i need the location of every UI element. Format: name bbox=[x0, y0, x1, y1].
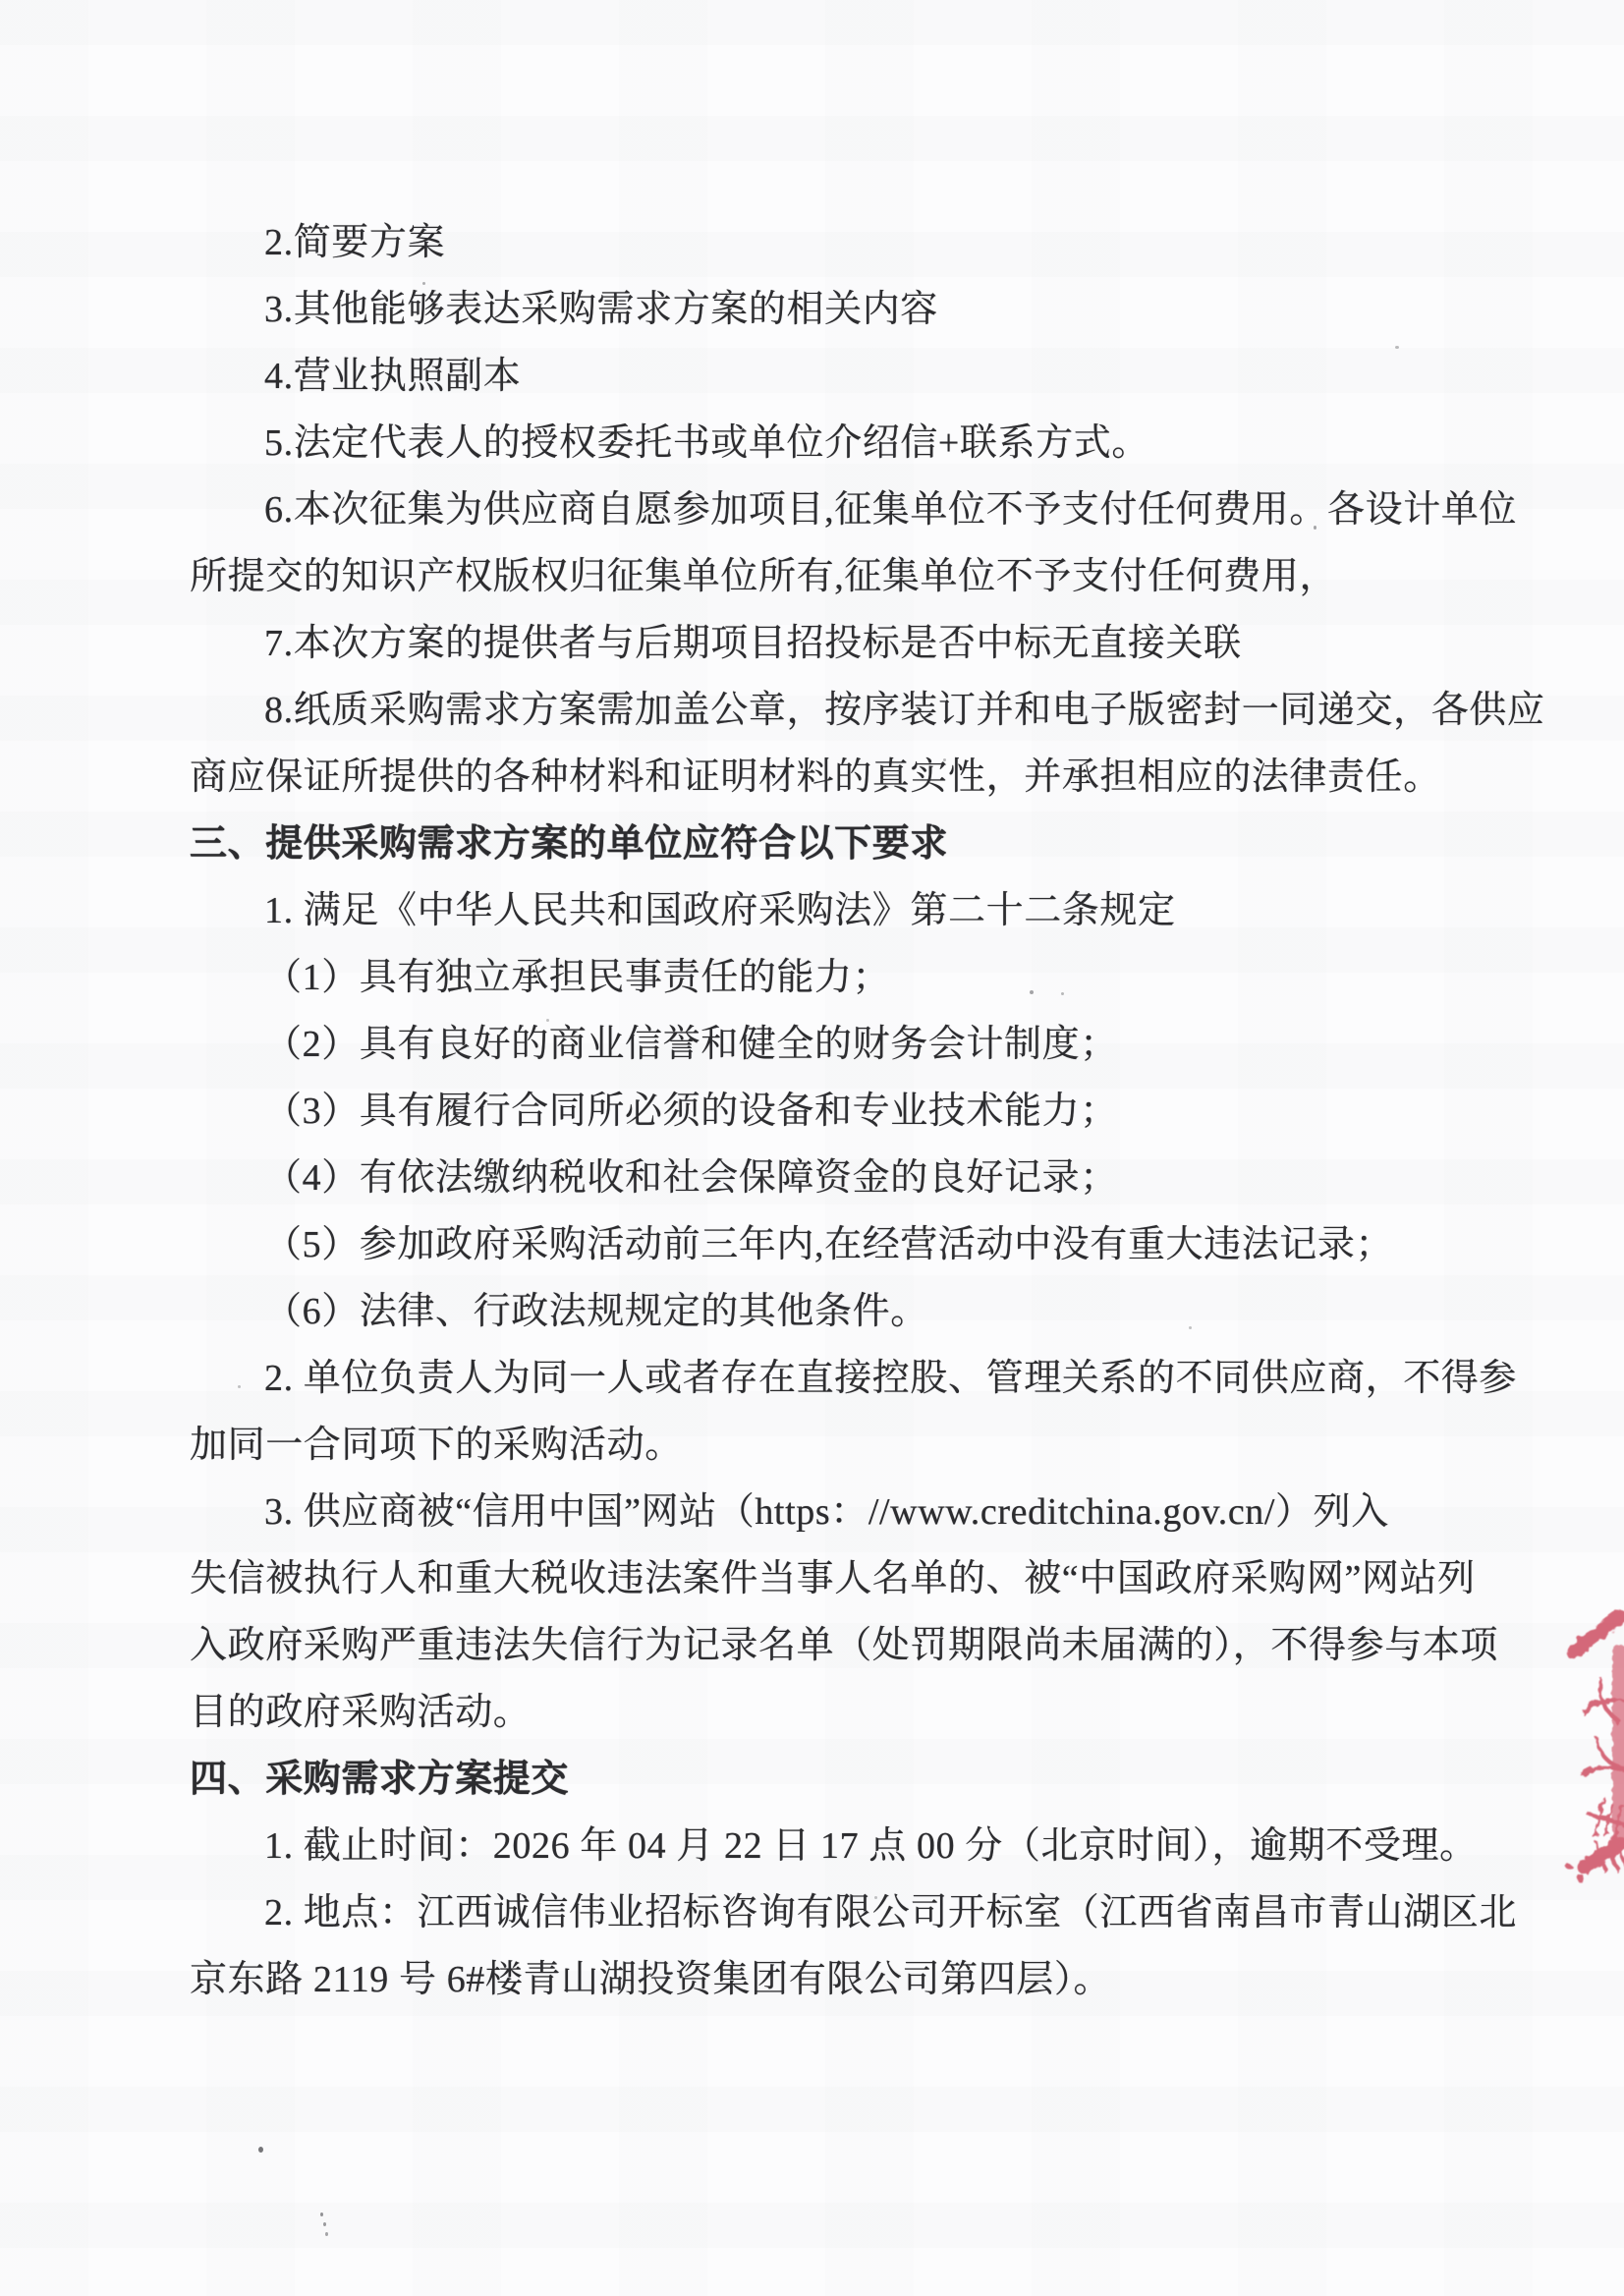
text-line: 3. 供应商被“信用中国”网站（https：//www.creditchina.… bbox=[190, 1479, 1467, 1545]
text-line: 加同一合同项下的采购活动。 bbox=[190, 1412, 1467, 1479]
text-line: 入政府采购严重违法失信行为记录名单（处罚期限尚未届满的），不得参与本项 bbox=[190, 1612, 1467, 1679]
svg-text:彡: 彡 bbox=[1587, 1836, 1624, 1881]
text-line: 目的政府采购活动。 bbox=[190, 1679, 1467, 1746]
text-line: （4）有依法缴纳税收和社会保障资金的良好记录； bbox=[190, 1145, 1467, 1211]
text-line: （5）参加政府采购活动前三年内,在经营活动中没有重大违法记录； bbox=[190, 1211, 1467, 1278]
text-line: 1. 满足《中华人民共和国政府采购法》第二十二条规定 bbox=[190, 877, 1467, 944]
text-line: 8.纸质采购需求方案需加盖公章，按序装订并和电子版密封一同递交，各供应 bbox=[190, 677, 1467, 744]
scan-speck bbox=[1061, 992, 1064, 995]
seal-fragment-graphic: 乂 人 丰 彡 bbox=[1547, 1584, 1624, 1898]
scanned-document-page: 2.简要方案3.其他能够表达采购需求方案的相关内容4.营业执照副本5.法定代表人… bbox=[0, 0, 1624, 2296]
scan-speck bbox=[325, 2232, 328, 2236]
text-line: （2）具有良好的商业信誉和健全的财务会计制度； bbox=[190, 1011, 1467, 1078]
scan-speck bbox=[874, 1896, 877, 1899]
scan-speck bbox=[1189, 1326, 1192, 1329]
scan-speck bbox=[1314, 526, 1316, 530]
section-heading: 三、提供采购需求方案的单位应符合以下要求 bbox=[190, 811, 1467, 877]
scan-speck bbox=[323, 2222, 326, 2226]
section-heading: 四、采购需求方案提交 bbox=[190, 1746, 1467, 1813]
scan-speck bbox=[943, 758, 946, 761]
text-line: 1. 截止时间：2026 年 04 月 22 日 17 点 00 分（北京时间）… bbox=[190, 1813, 1467, 1879]
text-line: 3.其他能够表达采购需求方案的相关内容 bbox=[190, 276, 1467, 343]
text-line: （3）具有履行合同所必须的设备和专业技术能力； bbox=[190, 1078, 1467, 1145]
svg-text:乂: 乂 bbox=[1576, 1673, 1624, 1734]
scan-speck bbox=[1030, 990, 1034, 994]
text-line: 2. 地点：江西诚信伟业招标咨询有限公司开标室（江西省南昌市青山湖区北 bbox=[190, 1879, 1467, 1946]
text-line: 所提交的知识产权版权归征集单位所有,征集单位不予支付任何费用， bbox=[190, 543, 1467, 610]
svg-text:人: 人 bbox=[1574, 1733, 1624, 1794]
document-body: 2.简要方案3.其他能够表达采购需求方案的相关内容4.营业执照副本5.法定代表人… bbox=[190, 209, 1467, 2013]
scan-speck bbox=[238, 1385, 241, 1388]
text-line: 7.本次方案的提供者与后期项目招投标是否中标无直接关联 bbox=[190, 610, 1467, 677]
scan-speck bbox=[320, 2212, 323, 2216]
text-line: 5.法定代表人的授权委托书或单位介绍信+联系方式。 bbox=[190, 410, 1467, 476]
svg-text:丰: 丰 bbox=[1575, 1791, 1624, 1846]
scan-speck bbox=[258, 2147, 263, 2153]
text-line: 商应保证所提供的各种材料和证明材料的真实性，并承担相应的法律责任。 bbox=[190, 744, 1467, 811]
text-line: 京东路 2119 号 6#楼青山湖投资集团有限公司第四层）。 bbox=[190, 1946, 1467, 2013]
scan-speck bbox=[546, 1019, 549, 1022]
scan-speck bbox=[422, 282, 425, 285]
text-line: 4.营业执照副本 bbox=[190, 343, 1467, 410]
scan-speck bbox=[1395, 346, 1399, 349]
text-line: （6）法律、行政法规规定的其他条件。 bbox=[190, 1278, 1467, 1345]
text-line: 失信被执行人和重大税收违法案件当事人名单的、被“中国政府采购网”网站列 bbox=[190, 1545, 1467, 1612]
text-line: 2.简要方案 bbox=[190, 209, 1467, 276]
text-line: 2. 单位负责人为同一人或者存在直接控股、管理关系的不同供应商，不得参 bbox=[190, 1345, 1467, 1412]
partial-red-seal-stamp: 乂 人 丰 彡 bbox=[1547, 1584, 1624, 1898]
text-line: 6.本次征集为供应商自愿参加项目,征集单位不予支付任何费用。各设计单位 bbox=[190, 476, 1467, 543]
text-line: （1）具有独立承担民事责任的能力； bbox=[190, 944, 1467, 1011]
